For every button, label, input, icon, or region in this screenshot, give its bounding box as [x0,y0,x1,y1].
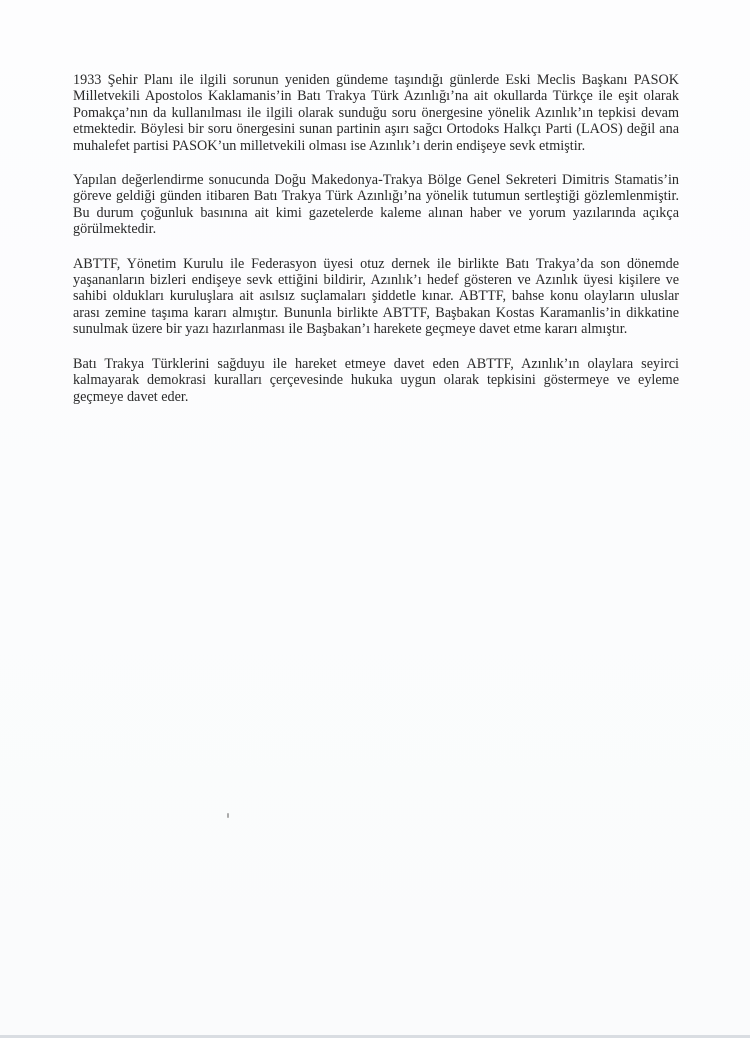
paragraph-abttf-karar: ABTTF, Yönetim Kurulu ile Federasyon üye… [73,256,679,338]
scanned-document-page: 1933 Şehir Planı ile ilgili sorunun yeni… [0,0,750,1038]
scan-speck [227,813,229,818]
document-body: 1933 Şehir Planı ile ilgili sorunun yeni… [73,72,679,423]
paragraph-degerlendirme: Yapılan değerlendirme sonucunda Doğu Mak… [73,172,679,238]
paragraph-davet: Batı Trakya Türklerini sağduyu ile harek… [73,356,679,405]
paragraph-sehir-plani: 1933 Şehir Planı ile ilgili sorunun yeni… [73,72,679,154]
